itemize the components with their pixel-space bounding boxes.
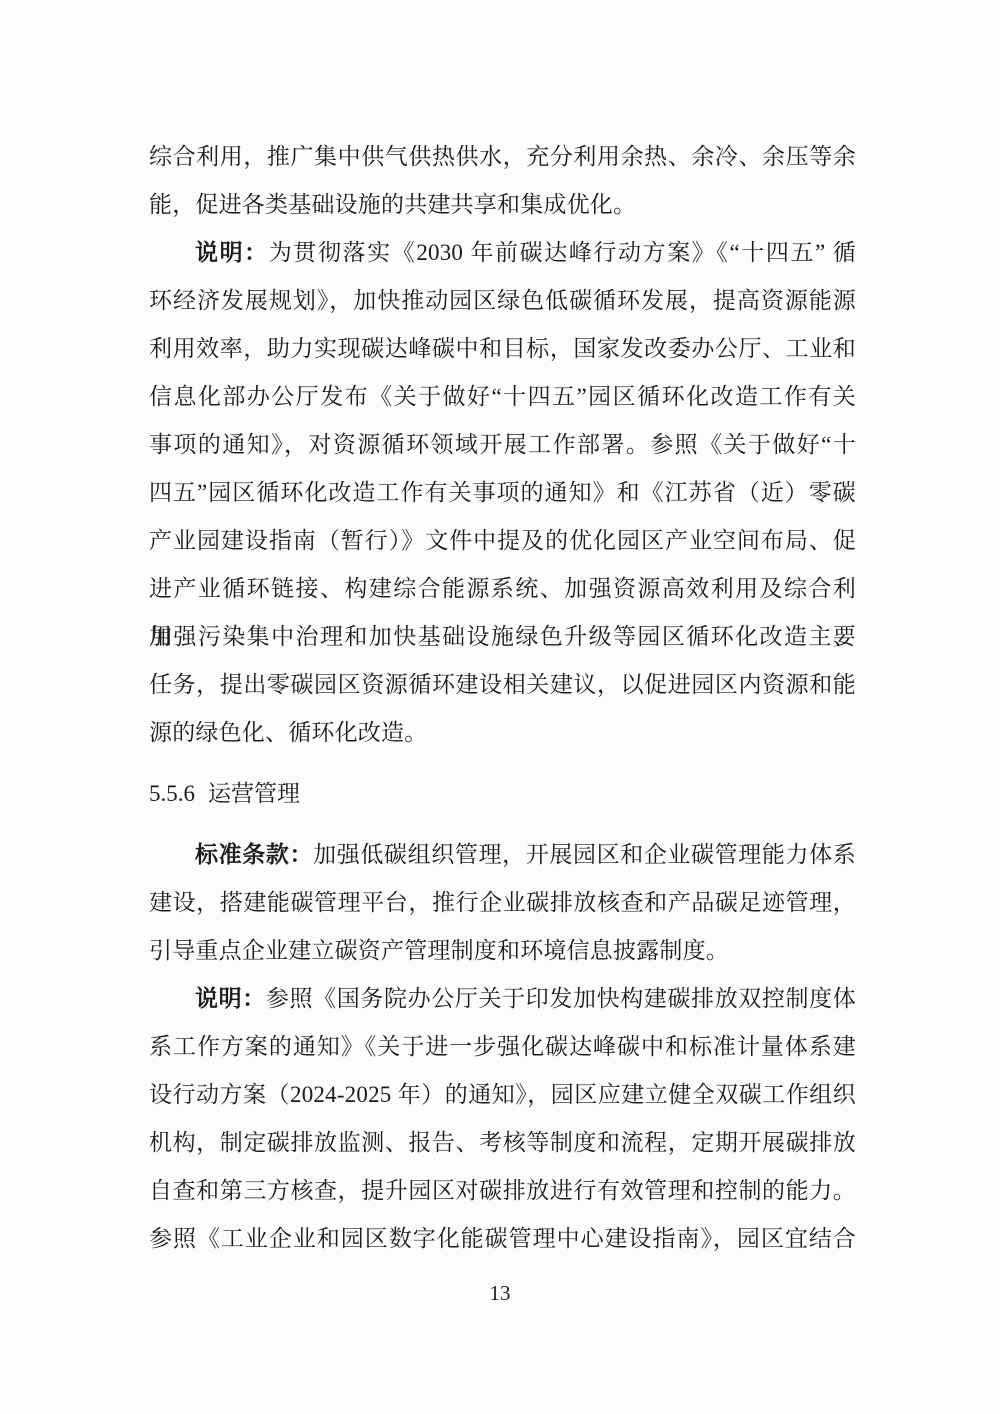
line-text: 建设，搭建能碳管理平台，推行企业碳排放核查和产品碳足迹管理， <box>149 890 856 915</box>
text-line: 四五”园区循环化改造工作有关事项的通知》和《江苏省（近）零碳 <box>149 469 856 517</box>
text-line: 自查和第三方核查，提升园区对碳排放进行有效管理和控制的能力。 <box>149 1167 856 1215</box>
section-number: 5.5.6 <box>149 781 195 806</box>
paragraph: 说明：为贯彻落实《2030 年前碳达峰行动方案》《“十四五” 循环经济发展规划》… <box>149 229 856 757</box>
text-line: 说明：为贯彻落实《2030 年前碳达峰行动方案》《“十四五” 循 <box>149 229 856 277</box>
line-text: 能，促进各类基础设施的共建共享和集成优化。 <box>149 192 636 217</box>
line-text: 综合利用，推广集中供气供热供水，充分利用余热、余冷、余压等余 <box>149 144 856 169</box>
document-page: 综合利用，推广集中供气供热供水，充分利用余热、余冷、余压等余能，促进各类基础设施… <box>0 0 1000 1414</box>
line-text: 系工作方案的通知》《关于进一步强化碳达峰碳中和标准计量体系建 <box>149 1034 856 1059</box>
text-line: 建设，搭建能碳管理平台，推行企业碳排放核查和产品碳足迹管理， <box>149 879 856 927</box>
document-content: 综合利用，推广集中供气供热供水，充分利用余热、余冷、余压等余能，促进各类基础设施… <box>149 133 856 1263</box>
line-text: 产业园建设指南（暂行）》文件中提及的优化园区产业空间布局、促 <box>149 528 856 553</box>
text-line: 进产业循环链接、构建综合能源系统、加强资源高效利用及综合利用、 <box>149 565 856 613</box>
text-line: 能，促进各类基础设施的共建共享和集成优化。 <box>149 181 856 229</box>
bold-label: 说明： <box>195 240 269 265</box>
line-text: 参照《工业企业和园区数字化能碳管理中心建设指南》，园区宜结合 <box>149 1226 856 1251</box>
bold-label: 标准条款： <box>195 842 313 867</box>
text-line: 利用效率，助力实现碳达峰碳中和目标，国家发改委办公厅、工业和 <box>149 325 856 373</box>
section-heading: 5.5.6运营管理 <box>149 770 856 818</box>
bold-label: 说明： <box>195 986 266 1011</box>
text-line: 产业园建设指南（暂行）》文件中提及的优化园区产业空间布局、促 <box>149 517 856 565</box>
text-line: 源的绿色化、循环化改造。 <box>149 709 856 757</box>
text-line: 设行动方案（2024-2025 年）的通知》，园区应建立健全双碳工作组织 <box>149 1071 856 1119</box>
text-line: 参照《工业企业和园区数字化能碳管理中心建设指南》，园区宜结合 <box>149 1215 856 1263</box>
page-number: 13 <box>490 1281 511 1305</box>
text-line: 事项的通知》，对资源循环领域开展工作部署。参照《关于做好“十 <box>149 421 856 469</box>
text-line: 说明：参照《国务院办公厅关于印发加快构建碳排放双控制度体 <box>149 975 856 1023</box>
line-text: 任务，提出零碳园区资源循环建设相关建议，以促进园区内资源和能 <box>149 672 856 697</box>
line-text: 利用效率，助力实现碳达峰碳中和目标，国家发改委办公厅、工业和 <box>149 336 856 361</box>
paragraph: 综合利用，推广集中供气供热供水，充分利用余热、余冷、余压等余能，促进各类基础设施… <box>149 133 856 229</box>
line-text: 自查和第三方核查，提升园区对碳排放进行有效管理和控制的能力。 <box>149 1178 856 1203</box>
text-line: 加强污染集中治理和加快基础设施绿色升级等园区循环化改造主要 <box>149 613 856 661</box>
paragraph: 说明：参照《国务院办公厅关于印发加快构建碳排放双控制度体系工作方案的通知》《关于… <box>149 975 856 1263</box>
page-footer: 13 <box>0 1278 1000 1308</box>
line-text: 加强低碳组织管理，开展园区和企业碳管理能力体系 <box>313 842 856 867</box>
text-line: 信息化部办公厅发布《关于做好“十四五”园区循环化改造工作有关 <box>149 373 856 421</box>
line-text: 信息化部办公厅发布《关于做好“十四五”园区循环化改造工作有关 <box>149 384 856 409</box>
line-text: 事项的通知》，对资源循环领域开展工作部署。参照《关于做好“十 <box>149 432 856 457</box>
line-text: 环经济发展规划》，加快推动园区绿色低碳循环发展，提高资源能源 <box>149 288 856 313</box>
line-text: 参照《国务院办公厅关于印发加快构建碳排放双控制度体 <box>266 986 856 1011</box>
line-text: 加强污染集中治理和加快基础设施绿色升级等园区循环化改造主要 <box>149 624 856 649</box>
text-line: 环经济发展规划》，加快推动园区绿色低碳循环发展，提高资源能源 <box>149 277 856 325</box>
text-line: 综合利用，推广集中供气供热供水，充分利用余热、余冷、余压等余 <box>149 133 856 181</box>
text-line: 标准条款：加强低碳组织管理，开展园区和企业碳管理能力体系 <box>149 831 856 879</box>
line-text: 引导重点企业建立碳资产管理制度和环境信息披露制度。 <box>149 938 729 963</box>
text-line: 系工作方案的通知》《关于进一步强化碳达峰碳中和标准计量体系建 <box>149 1023 856 1071</box>
line-text: 四五”园区循环化改造工作有关事项的通知》和《江苏省（近）零碳 <box>149 480 856 505</box>
line-text: 源的绿色化、循环化改造。 <box>149 720 427 745</box>
text-line: 任务，提出零碳园区资源循环建设相关建议，以促进园区内资源和能 <box>149 661 856 709</box>
line-text: 机构，制定碳排放监测、报告、考核等制度和流程，定期开展碳排放 <box>149 1130 856 1155</box>
paragraph: 标准条款：加强低碳组织管理，开展园区和企业碳管理能力体系建设，搭建能碳管理平台，… <box>149 831 856 975</box>
text-line: 机构，制定碳排放监测、报告、考核等制度和流程，定期开展碳排放 <box>149 1119 856 1167</box>
line-text: 设行动方案（2024-2025 年）的通知》，园区应建立健全双碳工作组织 <box>149 1082 856 1107</box>
text-line: 引导重点企业建立碳资产管理制度和环境信息披露制度。 <box>149 927 856 975</box>
line-text: 为贯彻落实《2030 年前碳达峰行动方案》《“十四五” 循 <box>269 240 856 265</box>
section-title: 运营管理 <box>208 781 300 806</box>
